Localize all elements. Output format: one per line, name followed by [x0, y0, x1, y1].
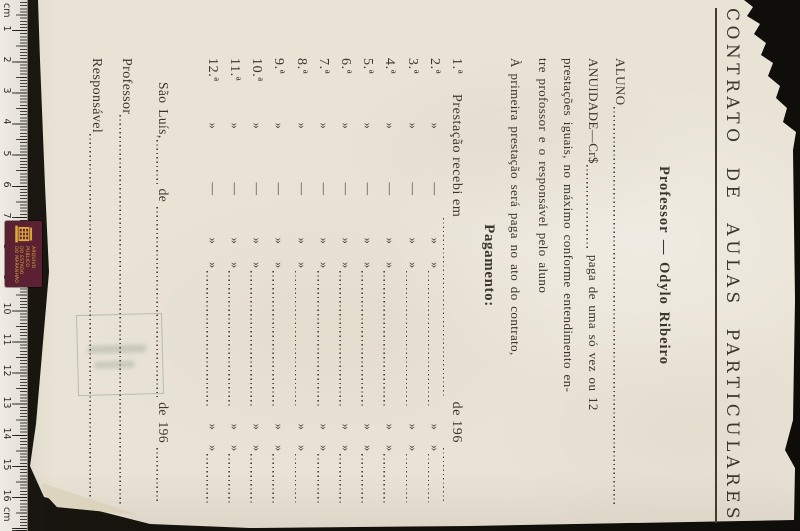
ruler-number: 10 [1, 302, 12, 315]
dotted-leader [228, 454, 239, 504]
ruler-number: 3 [1, 84, 12, 97]
anuidade-label: ANUIDADE—Cr$ [585, 58, 601, 164]
payment-row: 4.ª»—»»»» [375, 58, 397, 505]
fill-in-line: » [382, 445, 397, 505]
ditto-mark: » [382, 409, 397, 445]
dotted-leader [228, 271, 239, 408]
ditto-mark: » [382, 445, 397, 452]
payment-rows: 1.ª Prestação recebi em de 196 2.ª»—»»»»… [198, 58, 464, 505]
ditto-mark: » [405, 220, 420, 262]
city-label: São Luís, [155, 82, 171, 139]
payment-row-1: 1.ª Prestação recebi em de 196 [442, 58, 464, 505]
row-number: 3.ª [404, 58, 420, 94]
dash-mark: — [205, 158, 220, 220]
ditto-mark: » [405, 94, 420, 158]
fill-in-line [586, 165, 597, 250]
ditto-mark: » [272, 220, 287, 262]
ruler-unit-label-bottom: cm [1, 507, 12, 520]
dotted-leader [406, 271, 417, 408]
city-date-line: São Luís, de de 196 [155, 82, 171, 505]
fill-in-line [443, 218, 454, 396]
ruler-unit-label-top: cm [1, 3, 12, 16]
row-number: 12.ª [204, 58, 220, 94]
ditto-mark: » [294, 220, 309, 262]
document-title: CONTRATO DE AULAS PARTICULARES [715, 0, 742, 531]
fill-in-line: » [405, 445, 420, 505]
ditto-mark: » [249, 409, 264, 445]
row-number: 8.ª [293, 58, 309, 94]
payment-heading: Pagamento: [480, 0, 497, 531]
fill-in-line: » [382, 262, 397, 409]
archive-text-line: DO MARANHÃO [12, 246, 18, 283]
ditto-mark: » [427, 94, 442, 158]
fill-in-line [613, 107, 624, 505]
fill-in-line: » [316, 445, 331, 505]
row-number: 9.ª [271, 58, 287, 94]
row-number: 1.ª [448, 58, 464, 94]
archive-text-line: PÚBLICO [24, 246, 30, 283]
dotted-leader [428, 271, 439, 408]
ditto-mark: » [427, 409, 442, 445]
ditto-mark: » [405, 262, 420, 269]
ditto-mark: » [360, 262, 375, 269]
ruler-number: 2 [1, 53, 12, 66]
dash-mark: — [405, 158, 420, 220]
ditto-mark: » [316, 94, 331, 158]
ruler-number: 11 [1, 333, 12, 346]
fill-in-line: » [272, 445, 287, 505]
responsavel-signature-line: Responsável [88, 58, 104, 505]
payment-row: 10.ª»—»»»» [242, 58, 264, 505]
fill-in-line: » [249, 262, 264, 409]
ruler-number: 14 [1, 427, 12, 440]
fill-in-line: » [205, 262, 220, 409]
signature-line [89, 134, 100, 504]
ditto-mark: » [382, 94, 397, 158]
dash-mark: — [272, 158, 287, 220]
ruler-number: 15 [1, 458, 12, 471]
ditto-mark: » [249, 445, 264, 452]
archive-text: ARQUIVOPÚBLICODO ESTADODO MARANHÃO [12, 246, 34, 283]
dotted-leader [250, 271, 261, 408]
ditto-mark: » [205, 220, 220, 262]
fill-in-line: » [272, 262, 287, 409]
dotted-leader [361, 454, 372, 504]
body-line: À primeira prestação será paga no ato do… [507, 58, 523, 505]
dash-mark: — [294, 158, 309, 220]
archive-label: ARQUIVOPÚBLICODO ESTADODO MARANHÃO [5, 221, 42, 287]
ditto-mark: » [405, 445, 420, 452]
payment-row: 6.ª»—»»»» [331, 58, 353, 505]
ditto-mark: » [272, 262, 287, 269]
dash-mark: — [382, 158, 397, 220]
payment-row: 3.ª»—»»»» [397, 58, 419, 505]
scanned-document-photo: cm cm 12345678910111213141516 ARQUIVOPÚB… [0, 0, 800, 531]
fill-in-line [156, 140, 167, 184]
ditto-mark: » [294, 262, 309, 269]
dotted-leader [206, 454, 217, 504]
payment-row: 7.ª»—»»»» [309, 58, 331, 505]
ditto-mark: » [316, 445, 331, 452]
row-number: 5.ª [359, 58, 375, 94]
row-text: Prestação recebi em [448, 94, 464, 217]
fill-in-line: » [249, 445, 264, 505]
ditto-mark: » [227, 262, 242, 269]
dash-mark: — [249, 158, 264, 220]
row-number: 7.ª [315, 58, 331, 94]
ditto-mark: » [205, 262, 220, 269]
fill-in-line: » [227, 262, 242, 409]
ditto-mark: » [338, 94, 353, 158]
dotted-leader [406, 454, 417, 504]
ditto-mark: » [338, 220, 353, 262]
dotted-leader [295, 454, 306, 504]
ditto-mark: » [338, 445, 353, 452]
fill-in-line [156, 448, 167, 504]
row-number: 2.ª [426, 58, 442, 94]
fill-in-line: » [338, 445, 353, 505]
fill-in-line [156, 207, 167, 397]
row-number: 4.ª [381, 58, 397, 94]
dotted-leader [361, 271, 372, 408]
archive-label-content: ARQUIVOPÚBLICODO ESTADODO MARANHÃO [5, 221, 42, 287]
payment-row: 9.ª»—»»»» [264, 58, 286, 505]
ditto-mark: » [272, 445, 287, 452]
archive-text-line: DO ESTADO [18, 246, 24, 283]
ditto-mark: » [272, 409, 287, 445]
professor-name-line: Professor — Odylo Ribeiro [655, 0, 672, 531]
ditto-mark: » [294, 445, 309, 452]
year-label: de 196 [155, 398, 171, 447]
dotted-leader [428, 454, 439, 504]
dotted-leader [383, 454, 394, 504]
aluno-label: ALUNO [612, 58, 628, 106]
dotted-leader [383, 271, 394, 408]
ditto-mark: » [249, 262, 264, 269]
ruler-number: 16 [1, 489, 12, 502]
fill-in-line: » [338, 262, 353, 409]
row-number: 10.ª [248, 58, 264, 94]
dash-mark: — [227, 158, 242, 220]
fill-in-line: » [205, 445, 220, 505]
professor-signature-line: Professor [118, 58, 134, 505]
dash-mark: — [316, 158, 331, 220]
ditto-mark: » [249, 94, 264, 158]
dotted-leader [317, 271, 328, 408]
fill-in-line: » [294, 445, 309, 505]
ditto-mark: » [205, 94, 220, 158]
ditto-mark: » [227, 220, 242, 262]
ditto-mark: » [205, 445, 220, 452]
fill-in-line: » [427, 262, 442, 409]
ditto-mark: » [360, 94, 375, 158]
ditto-mark: » [227, 94, 242, 158]
ditto-mark: » [382, 262, 397, 269]
ruler-number: 13 [1, 396, 12, 409]
dotted-leader [317, 454, 328, 504]
anuidade-line: ANUIDADE—Cr$ paga de uma só vez ou 12 [585, 58, 601, 505]
dotted-leader [339, 454, 350, 504]
ditto-mark: » [427, 445, 442, 452]
ruler-number: 5 [1, 147, 12, 160]
fill-in-line: » [360, 262, 375, 409]
fill-in-line: » [427, 445, 442, 505]
dash-mark: — [360, 158, 375, 220]
ruler-number: 12 [1, 364, 12, 377]
dotted-leader [295, 271, 306, 408]
dotted-leader [273, 454, 284, 504]
archive-text-line: ARQUIVO [29, 246, 35, 283]
payment-row: 8.ª»—»»»» [287, 58, 309, 505]
fill-in-line: » [316, 262, 331, 409]
dotted-leader [339, 271, 350, 408]
dotted-leader [206, 271, 217, 408]
body-line: prestações iguais, no máximo conforme en… [560, 58, 576, 505]
fill-in-line [443, 448, 454, 504]
ditto-mark: » [294, 409, 309, 445]
ditto-mark: » [316, 262, 331, 269]
fill-in-line: » [227, 445, 242, 505]
payment-row: 2.ª»—»»»» [420, 58, 442, 505]
ditto-mark: » [360, 445, 375, 452]
ditto-mark: » [205, 409, 220, 445]
dotted-leader [250, 454, 261, 504]
ditto-mark: » [316, 409, 331, 445]
row-number: 6.ª [337, 58, 353, 94]
ruler-number: 7 [1, 209, 12, 222]
dotted-leader [273, 271, 284, 408]
row-number: 11.ª [226, 58, 242, 94]
year-label: de 196 [448, 398, 464, 447]
ditto-mark: » [316, 220, 331, 262]
ditto-mark: » [227, 409, 242, 445]
aluno-line: ALUNO [612, 58, 628, 505]
ditto-mark: » [294, 94, 309, 158]
document-content: CONTRATO DE AULAS PARTICULARES Professor… [22, 0, 800, 531]
ditto-mark: » [249, 220, 264, 262]
ditto-mark: » [405, 409, 420, 445]
payment-row: 5.ª»—»»»» [353, 58, 375, 505]
ruler-number: 6 [1, 178, 12, 191]
ditto-mark: » [427, 220, 442, 262]
ditto-mark: » [427, 262, 442, 269]
ditto-mark: » [338, 409, 353, 445]
fill-in-line: » [405, 262, 420, 409]
signature-line [119, 115, 130, 504]
ditto-mark: » [382, 220, 397, 262]
ruler-number: 4 [1, 115, 12, 128]
ditto-mark: » [338, 262, 353, 269]
ditto-mark: » [272, 94, 287, 158]
fill-in-line: » [360, 445, 375, 505]
building-icon [11, 225, 37, 243]
dash-mark: — [338, 158, 353, 220]
ditto-mark: » [227, 445, 242, 452]
dash-mark: — [427, 158, 442, 220]
fill-in-line: » [294, 262, 309, 409]
ditto-mark: » [360, 409, 375, 445]
ditto-mark: » [360, 220, 375, 262]
ruler-number: 1 [1, 22, 12, 35]
body-line: tre profossor e o responsável pelo aluno [535, 58, 551, 505]
payment-row: 11.ª»—»»»» [220, 58, 242, 505]
payment-row: 12.ª»—»»»» [198, 58, 220, 505]
